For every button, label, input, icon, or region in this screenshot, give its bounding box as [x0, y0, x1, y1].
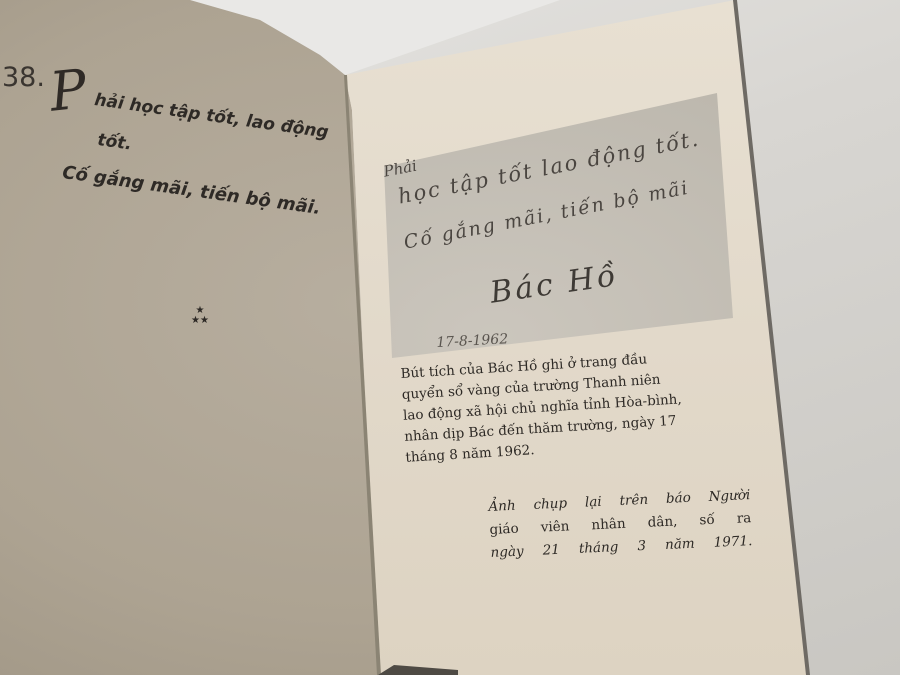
verse-line-2: tốt. [96, 130, 133, 155]
verse-line-3: Cố gắng mãi, tiến bộ mãi. [61, 162, 322, 219]
photo-source-note: Ảnh chụp lại trên báo Người giáo viên nh… [488, 484, 753, 565]
photo-caption: Bút tích của Bác Hồ ghi ở trang đầu quyể… [400, 344, 751, 469]
verse-block: 38. P hải học tập tốt, lao động tốt. Cố … [0, 60, 360, 260]
verse-initial-letter: P [47, 62, 89, 120]
verse-number: 38. [2, 62, 45, 93]
star-ornament-icon: ★ ★★ [185, 306, 215, 336]
